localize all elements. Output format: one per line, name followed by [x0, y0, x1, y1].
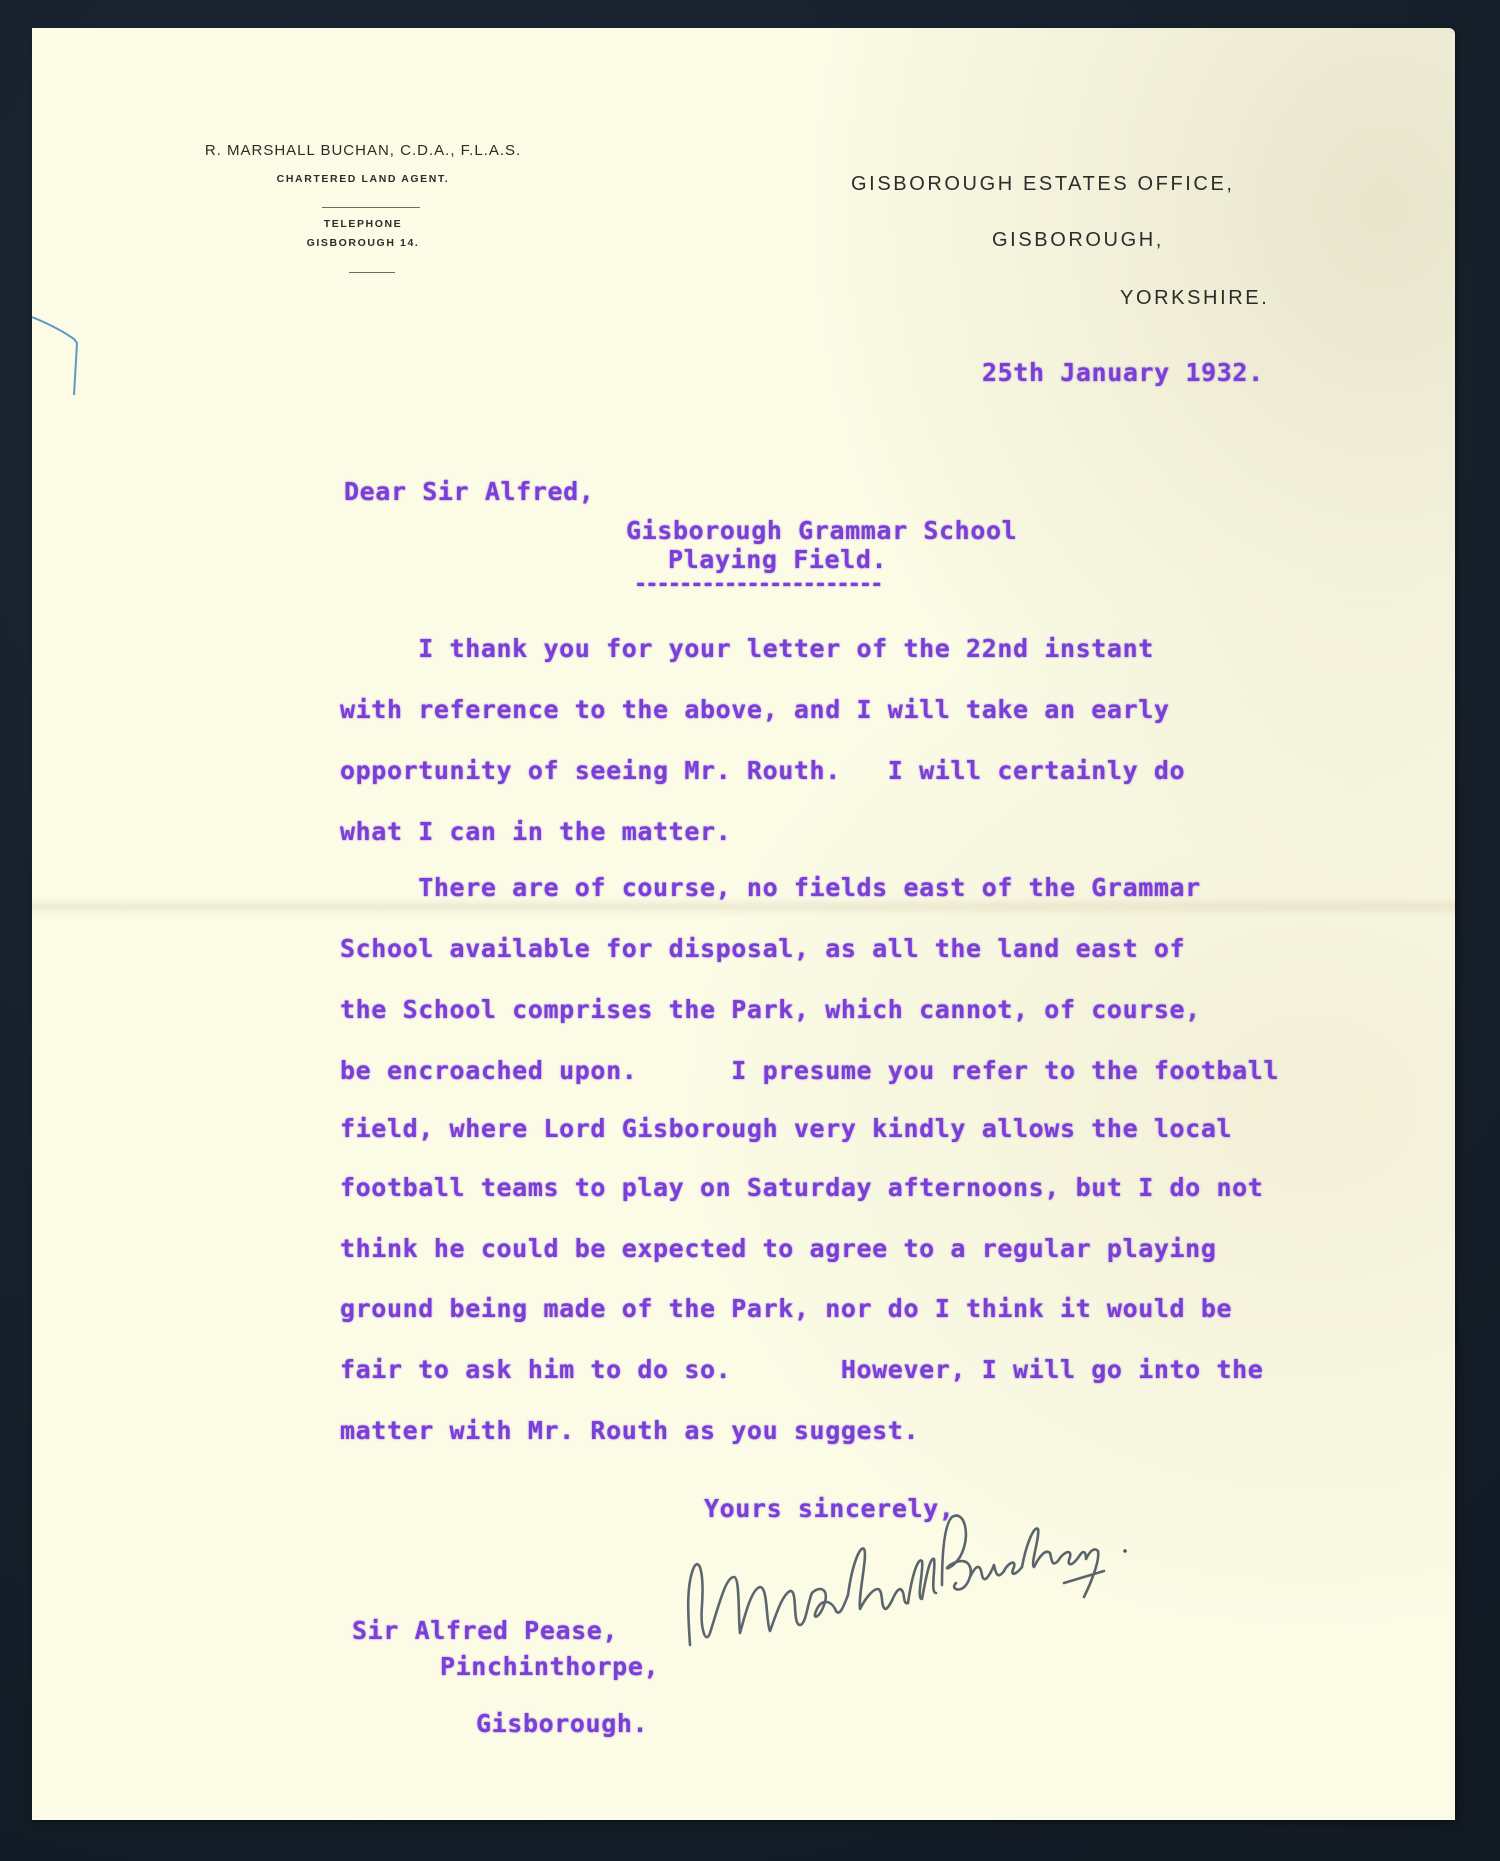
salutation: Dear Sir Alfred, [344, 477, 594, 506]
body-line: football teams to play on Saturday after… [340, 1173, 1263, 1202]
recipient-address-line-1: Pinchinthorpe, [440, 1652, 659, 1681]
body-line: field, where Lord Gisborough very kindly… [340, 1114, 1232, 1143]
recipient-name: Sir Alfred Pease, [352, 1616, 618, 1645]
county-line: YORKSHIRE. [1120, 287, 1269, 310]
body-line: what I can in the matter. [340, 817, 731, 846]
estates-office-line: GISBOROUGH ESTATES OFFICE, [851, 173, 1235, 196]
body-line: with reference to the above, and I will … [340, 695, 1170, 724]
letterhead-telephone-number: GISBOROUGH 14. [188, 237, 538, 249]
body-line: think he could be expected to agree to a… [340, 1234, 1216, 1263]
letterhead-name: R. MARSHALL BUCHAN, C.D.A., F.L.A.S. [188, 142, 538, 159]
body-line: I thank you for your letter of the 22nd … [340, 634, 1154, 663]
signature-icon [680, 1505, 1240, 1655]
body-line: matter with Mr. Routh as you suggest. [340, 1416, 919, 1445]
subject-underline: ---------------------- [634, 572, 881, 597]
town-line: GISBOROUGH, [992, 229, 1164, 252]
subject-line-2: Playing Field. [668, 545, 887, 574]
letterhead-title: CHARTERED LAND AGENT. [188, 173, 538, 185]
body-line: the School comprises the Park, which can… [340, 995, 1201, 1024]
letterhead-divider-short [349, 272, 395, 273]
letterhead-telephone-label: TELEPHONE [188, 218, 538, 230]
pen-mark-icon [32, 315, 102, 395]
recipient-address-line-2: Gisborough. [476, 1709, 648, 1738]
body-line: School available for disposal, as all th… [340, 934, 1185, 963]
body-line: opportunity of seeing Mr. Routh. I will … [340, 756, 1185, 785]
body-line: There are of course, no fields east of t… [340, 873, 1201, 902]
letter-date: 25th January 1932. [982, 358, 1264, 387]
body-line: fair to ask him to do so. However, I wil… [340, 1355, 1263, 1384]
body-line: be encroached upon. I presume you refer … [340, 1056, 1279, 1085]
letterhead-divider [322, 207, 420, 208]
subject-line-1: Gisborough Grammar School [626, 516, 1017, 545]
body-line: ground being made of the Park, nor do I … [340, 1294, 1232, 1323]
